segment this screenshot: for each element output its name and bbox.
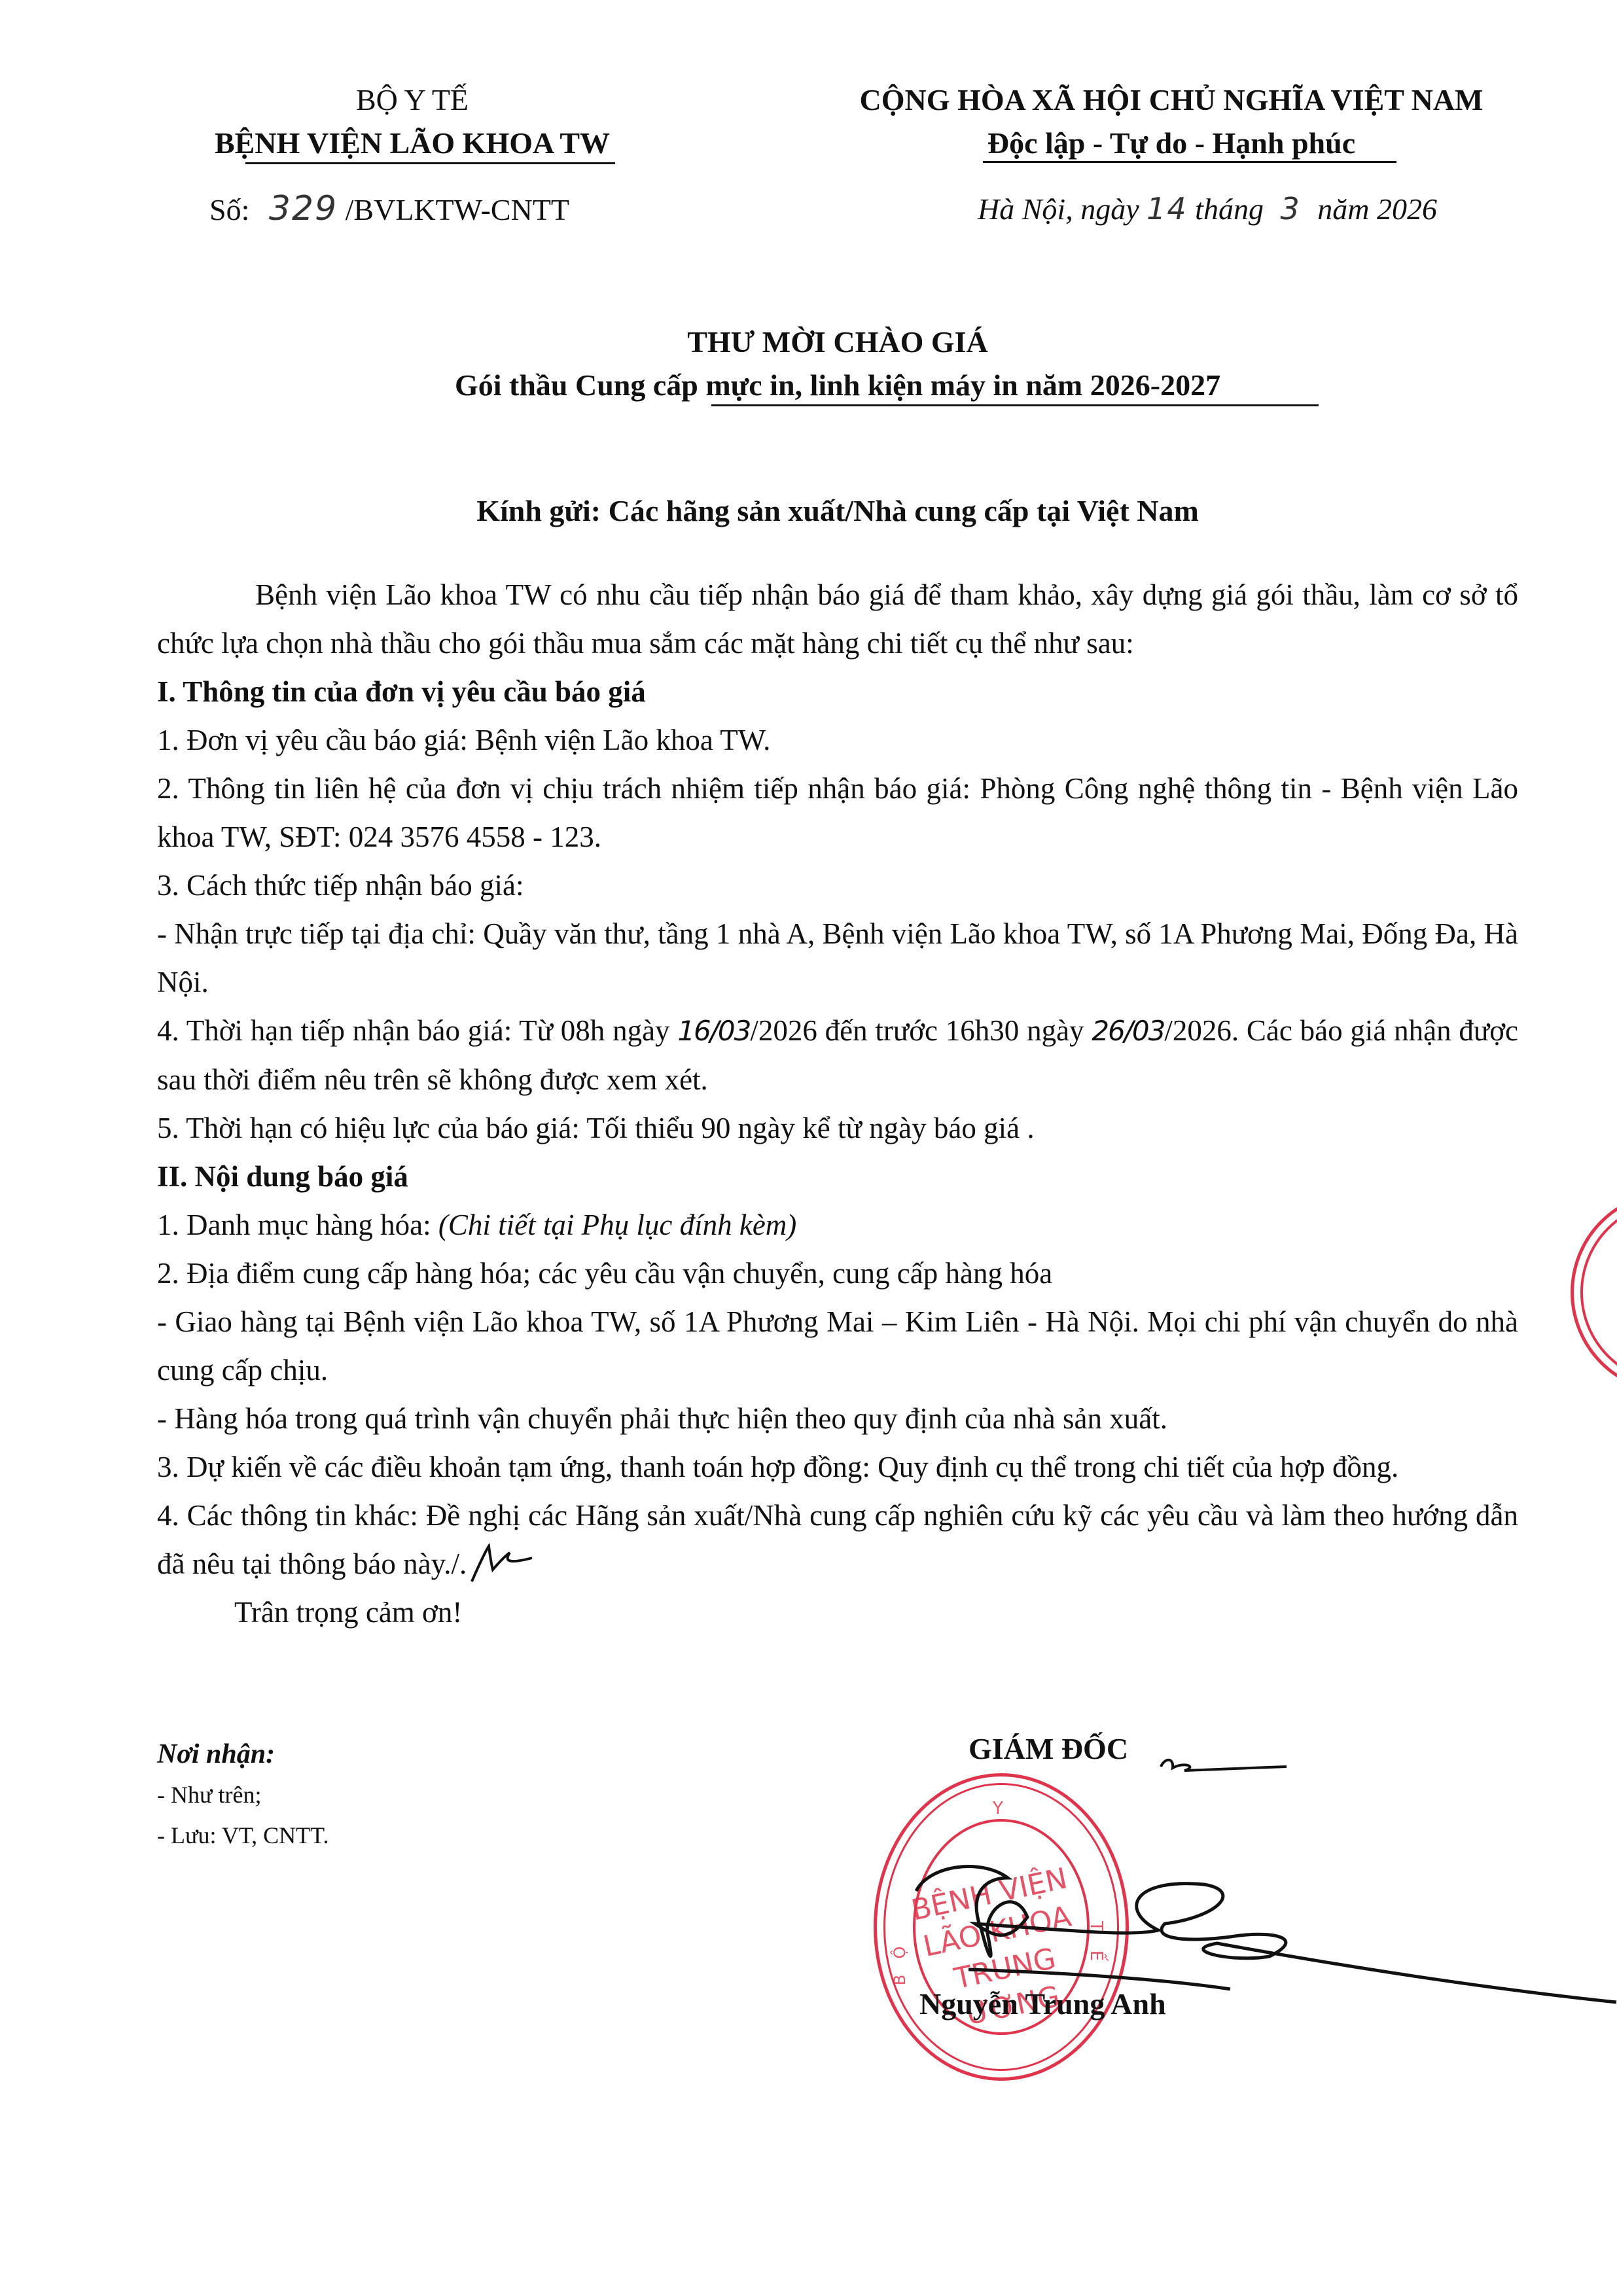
date-month-label: tháng — [1195, 192, 1264, 226]
intro-paragraph: Bệnh viện Lão khoa TW có nhu cầu tiếp nh… — [157, 571, 1518, 667]
number-handwritten: 329 — [269, 189, 338, 228]
section2-item2-detail1: - Giao hàng tại Bệnh viện Lão khoa TW, s… — [157, 1298, 1518, 1394]
end-date-handwritten: 26/03 — [1092, 1015, 1164, 1047]
document-number: Số: 329 /BVLKTW-CNTT — [131, 187, 694, 232]
section2-heading: II. Nội dung báo giá — [157, 1152, 1518, 1201]
recipients-block: Nơi nhận: - Như trên; - Lưu: VT, CNTT. — [157, 1734, 329, 1856]
item4-part-a: 4. Thời hạn tiếp nhận báo giá: Từ 08h ng… — [157, 1014, 677, 1047]
stamp-ring-letter: Y — [985, 1790, 1011, 1828]
date-line: Hà Nội, ngày 14 tháng 3 năm 2026 — [811, 187, 1531, 231]
letter-body: Bệnh viện Lão khoa TW có nhu cầu tiếp nh… — [157, 571, 1518, 1636]
recipients-label: Nơi nhận: — [157, 1734, 329, 1775]
date-month: 3 — [1280, 191, 1300, 226]
section1-item1: 1. Đơn vị yêu cầu báo giá: Bệnh viện Lão… — [157, 716, 1518, 764]
date-day: 14 — [1146, 191, 1188, 226]
hospital-name: BỆNH VIỆN LÃO KHOA TW — [131, 122, 694, 165]
recipient-line: Kính gửi: Các hãng sản xuất/Nhà cung cấp… — [157, 489, 1518, 533]
item4-part-b: /2026 đến trước 16h30 ngày — [750, 1014, 1092, 1047]
country-name: CỘNG HÒA XÃ HỘI CHỦ NGHĨA VIỆT NAM — [811, 79, 1531, 122]
section2-item2: 2. Địa điểm cung cấp hàng hóa; các yêu c… — [157, 1249, 1518, 1298]
hospital-name-text: BỆNH VIỆN LÃO KHOA TW — [215, 126, 610, 160]
title-flourish-icon — [1158, 1754, 1289, 1780]
item1-note: (Chi tiết tại Phụ lục đính kèm) — [438, 1209, 796, 1241]
initial-mark-icon — [467, 1544, 539, 1583]
title-block: THƯ MỜI CHÀO GIÁ Gói thầu Cung cấp mực i… — [157, 321, 1518, 407]
closing-line: Trân trọng cảm ơn! — [157, 1588, 1518, 1636]
section2-item3: 3. Dự kiến về các điều khoản tạm ứng, th… — [157, 1443, 1518, 1491]
section2-item4: 4. Các thông tin khác: Đề nghị các Hãng … — [157, 1491, 1518, 1588]
item4-text: 4. Các thông tin khác: Đề nghị các Hãng … — [157, 1499, 1518, 1580]
recipient-item: - Lưu: VT, CNTT. — [157, 1815, 329, 1856]
section1-item3: 3. Cách thức tiếp nhận báo giá: — [157, 861, 1518, 910]
section2-item2-detail2: - Hàng hóa trong quá trình vận chuyển ph… — [157, 1394, 1518, 1443]
motto-underline — [983, 161, 1396, 163]
section1-item4: 4. Thời hạn tiếp nhận báo giá: Từ 08h ng… — [157, 1006, 1518, 1104]
date-year: năm 2026 — [1317, 192, 1437, 226]
item1-label: 1. Danh mục hàng hóa: — [157, 1209, 438, 1241]
subtitle-text: Gói thầu Cung cấp mực in, linh kiện máy … — [455, 368, 1220, 402]
subtitle-underline — [711, 404, 1319, 406]
section1-heading: I. Thông tin của đơn vị yêu cầu báo giá — [157, 667, 1518, 716]
section1-item5: 5. Thời hạn có hiệu lực của báo giá: Tối… — [157, 1104, 1518, 1152]
start-date-handwritten: 16/03 — [677, 1015, 750, 1047]
document-title: THƯ MỜI CHÀO GIÁ — [157, 321, 1518, 364]
number-suffix: /BVLKTW-CNTT — [346, 193, 569, 226]
motto: Độc lập - Tự do - Hạnh phúc — [811, 122, 1531, 165]
section2-item1: 1. Danh mục hàng hóa: (Chi tiết tại Phụ … — [157, 1201, 1518, 1249]
date-prefix: Hà Nội, ngày — [978, 192, 1139, 226]
national-header: CỘNG HÒA XÃ HỘI CHỦ NGHĨA VIỆT NAM Độc l… — [811, 79, 1531, 231]
section1-item2: 2. Thông tin liên hệ của đơn vị chịu trá… — [157, 764, 1518, 861]
page-edge-seal — [1571, 1191, 1617, 1394]
motto-text: Độc lập - Tự do - Hạnh phúc — [987, 126, 1355, 160]
signer-name: Nguyễn Trung Anh — [919, 1983, 1166, 2026]
document-subtitle: Gói thầu Cung cấp mực in, linh kiện máy … — [157, 364, 1518, 407]
section1-item3-detail: - Nhận trực tiếp tại địa chỉ: Quầy văn t… — [157, 910, 1518, 1006]
issuer-block: BỘ Y TẾ BỆNH VIỆN LÃO KHOA TW Số: 329 /B… — [131, 79, 694, 232]
hospital-underline — [245, 162, 615, 164]
ministry-name: BỘ Y TẾ — [131, 79, 694, 122]
recipient-item: - Như trên; — [157, 1775, 329, 1815]
number-label: Số: — [209, 193, 249, 226]
